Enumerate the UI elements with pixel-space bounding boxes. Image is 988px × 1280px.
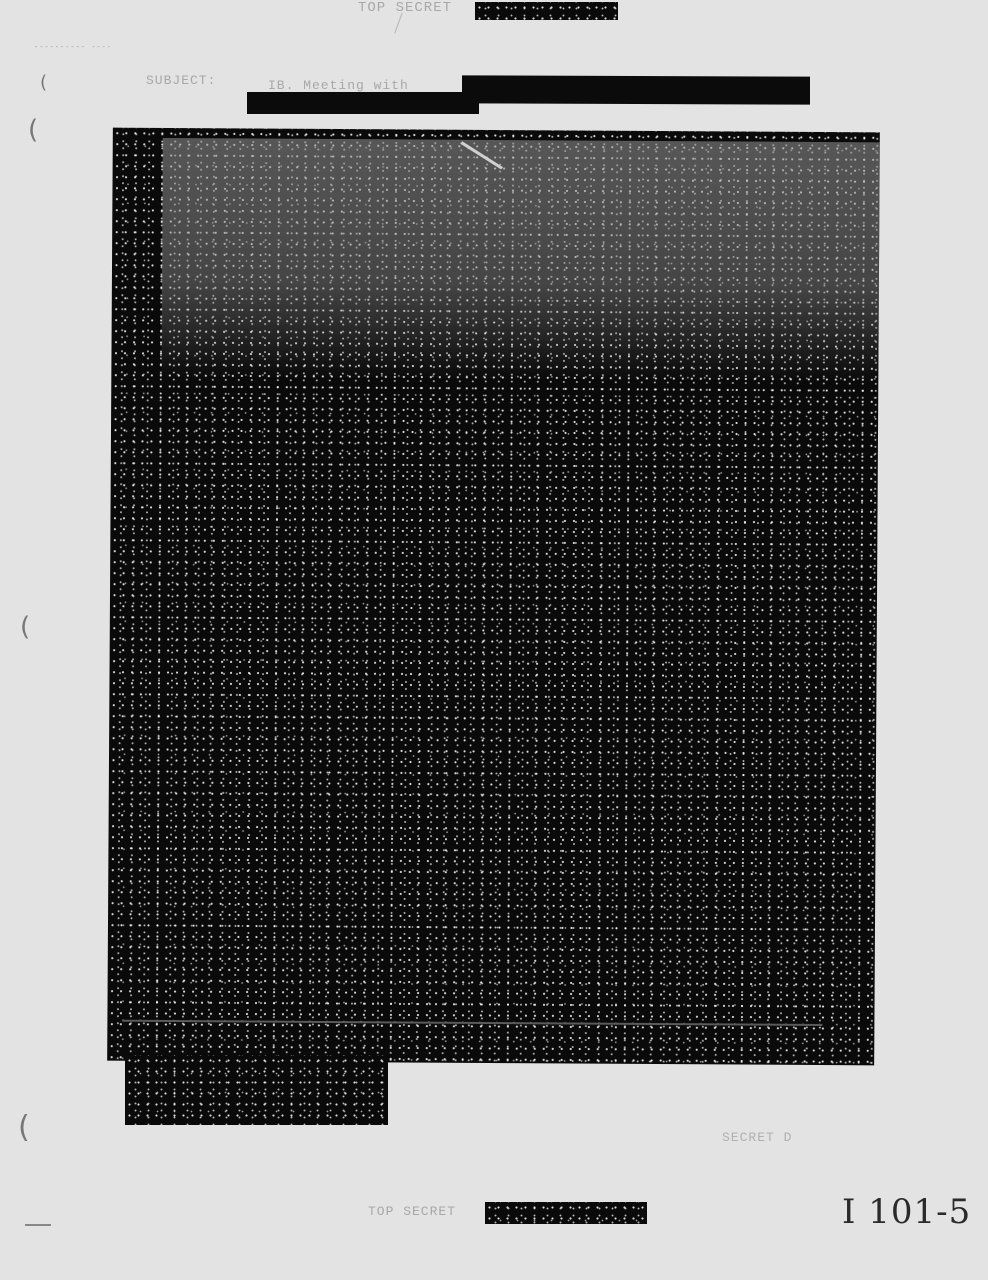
top-classification-redaction [475,2,618,20]
subject-redaction-lower [247,92,479,114]
subject-text: IB. Meeting with [268,78,409,93]
binder-hole-mark: ( [18,1110,30,1145]
subject-label: SUBJECT: [146,73,216,88]
page-number: I 101-5 [842,1192,971,1232]
binder-hole-mark: ( [20,612,30,642]
redaction-haze [161,138,879,382]
bottom-classification-label: TOP SECRET [368,1204,456,1219]
subject-redaction-upper [462,75,810,104]
top-classification-label: TOP SECRET [358,0,452,16]
bottom-classification-redaction [485,1202,647,1224]
signature-stamp: SECRET D [722,1130,792,1145]
header-line: ---------- ---- [34,44,112,52]
margin-tick [25,1224,51,1226]
scan-line [122,1020,822,1026]
binder-hole-mark: ( [40,72,47,93]
body-redaction-tab [125,1055,388,1125]
binder-hole-mark: ( [28,115,38,145]
body-redaction [107,128,880,1066]
